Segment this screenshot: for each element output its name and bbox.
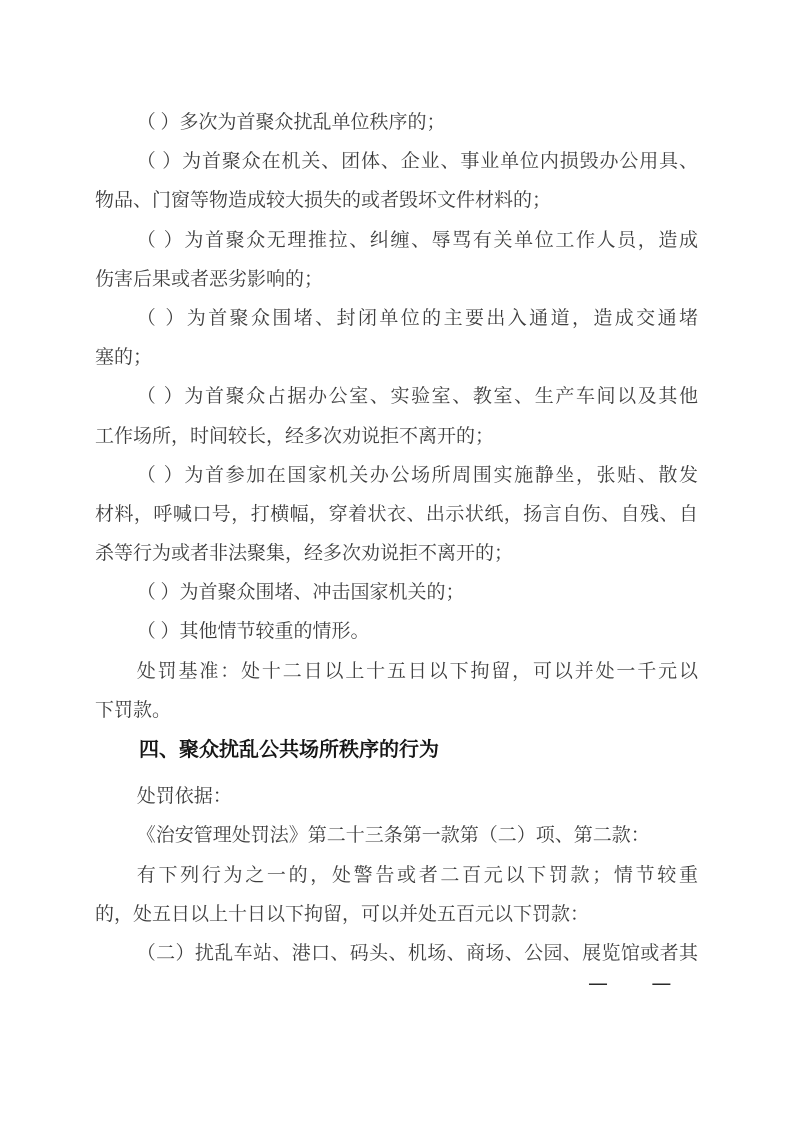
- text-line: 处罚依据：: [95, 777, 698, 816]
- text-line: 杀等行为或者非法聚集，经多次劝说拒不离开的；: [95, 534, 698, 573]
- text-line: 下罚款。: [95, 691, 698, 730]
- paragraph: （ ）其他情节较重的情形。: [95, 612, 698, 651]
- text-line: 工作场所，时间较长，经多次劝说拒不离开的；: [95, 417, 698, 456]
- paragraph: （ ）为首聚众占据办公室、实验室、教室、生产车间以及其他 工作场所，时间较长，经…: [95, 377, 698, 455]
- text-line: （ ）为首聚众在机关、团体、企业、事业单位内损毁办公用具、: [95, 142, 698, 181]
- text-line: （ ）为首聚众围堵、冲击国家机关的；: [95, 573, 698, 612]
- paragraph: 处罚依据：: [95, 777, 698, 816]
- page-number-dash-left: —: [588, 972, 608, 994]
- document-page: （ ）多次为首聚众扰乱单位秩序的； （ ）为首聚众在机关、团体、企业、事业单位内…: [0, 0, 793, 1122]
- text-line: （二）扰乱车站、港口、码头、机场、商场、公园、展览馆或者其: [95, 934, 698, 973]
- text-line: 的，处五日以上十日以下拘留，可以并处五百元以下罚款：: [95, 895, 698, 934]
- section-heading: 四、聚众扰乱公共场所秩序的行为: [95, 730, 698, 769]
- paragraph: 有下列行为之一的，处警告或者二百元以下罚款；情节较重 的，处五日以上十日以下拘留…: [95, 856, 698, 934]
- page-footer: — —: [588, 972, 671, 994]
- text-line: 《治安管理处罚法》第二十三条第一款第（二）项、第二款：: [95, 816, 698, 855]
- paragraph: （ ）多次为首聚众扰乱单位秩序的；: [95, 103, 698, 142]
- text-line: 物品、门窗等物造成较大损失的或者毁坏文件材料的；: [95, 181, 698, 220]
- text-line: 材料，呼喊口号，打横幅，穿着状衣、出示状纸，扬言自伤、自残、自: [95, 495, 698, 534]
- section-heading-paragraph: 四、聚众扰乱公共场所秩序的行为: [95, 730, 698, 769]
- text-line: （ ）为首参加在国家机关办公场所周围实施静坐，张贴、散发: [95, 456, 698, 495]
- page-number-dash-right: —: [651, 972, 671, 994]
- paragraph: 处罚基准：处十二日以上十五日以下拘留，可以并处一千元以 下罚款。: [95, 652, 698, 730]
- text-line: 有下列行为之一的，处警告或者二百元以下罚款；情节较重: [95, 856, 698, 895]
- paragraph: （ ）为首聚众无理推拉、纠缠、辱骂有关单位工作人员，造成 伤害后果或者恶劣影响的…: [95, 221, 698, 299]
- paragraph: （二）扰乱车站、港口、码头、机场、商场、公园、展览馆或者其: [95, 934, 698, 973]
- text-line: 伤害后果或者恶劣影响的；: [95, 260, 698, 299]
- text-line: （ ）为首聚众围堵、封闭单位的主要出入通道，造成交通堵: [95, 299, 698, 338]
- text-line: （ ）为首聚众占据办公室、实验室、教室、生产车间以及其他: [95, 377, 698, 416]
- text-line: （ ）多次为首聚众扰乱单位秩序的；: [95, 103, 698, 142]
- text-line: （ ）为首聚众无理推拉、纠缠、辱骂有关单位工作人员，造成: [95, 221, 698, 260]
- document-body: （ ）多次为首聚众扰乱单位秩序的； （ ）为首聚众在机关、团体、企业、事业单位内…: [95, 103, 698, 973]
- text-line: （ ）其他情节较重的情形。: [95, 612, 698, 651]
- paragraph: （ ）为首聚众在机关、团体、企业、事业单位内损毁办公用具、 物品、门窗等物造成较…: [95, 142, 698, 220]
- text-line: 塞的；: [95, 338, 698, 377]
- paragraph: （ ）为首参加在国家机关办公场所周围实施静坐，张贴、散发 材料，呼喊口号，打横幅…: [95, 456, 698, 574]
- paragraph: （ ）为首聚众围堵、封闭单位的主要出入通道，造成交通堵 塞的；: [95, 299, 698, 377]
- text-line: 处罚基准：处十二日以上十五日以下拘留，可以并处一千元以: [95, 652, 698, 691]
- paragraph: 《治安管理处罚法》第二十三条第一款第（二）项、第二款：: [95, 816, 698, 855]
- paragraph: （ ）为首聚众围堵、冲击国家机关的；: [95, 573, 698, 612]
